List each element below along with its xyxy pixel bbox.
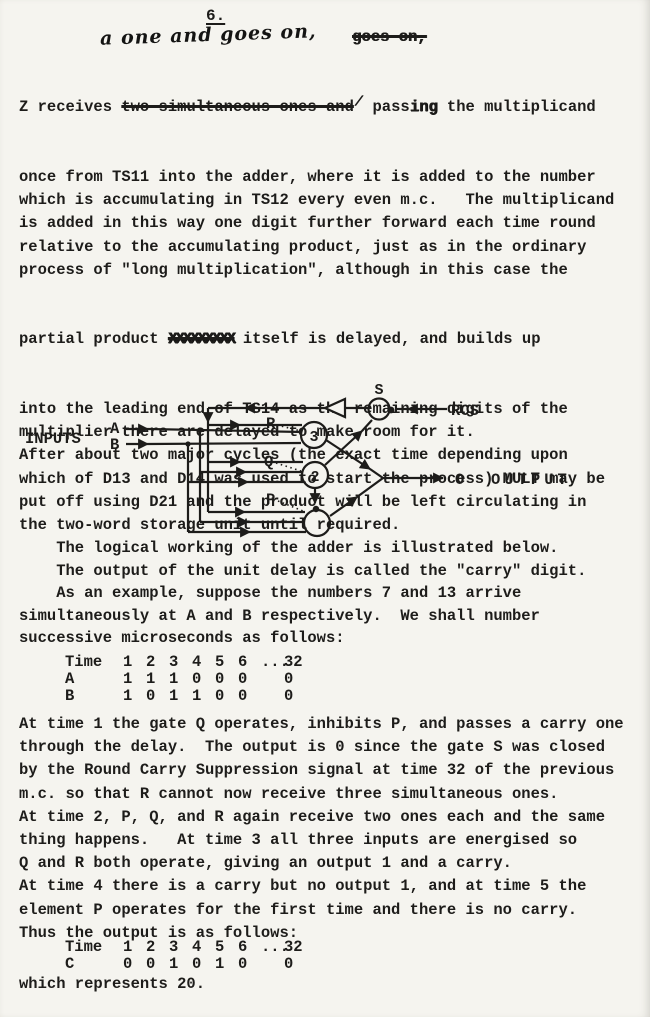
text-line: At time 4 there is a carry but no output… (19, 875, 624, 898)
gate-q-label: Q (264, 453, 273, 471)
gate-2-digit: 2 (310, 469, 319, 486)
cell: 2 (146, 654, 169, 671)
gate-3-digit: 3 (309, 429, 318, 446)
input-b-line (126, 443, 301, 444)
s-rcs-junction-dot (388, 407, 395, 414)
text-line: The output of the unit delay is called t… (19, 560, 586, 582)
page-number: 6. (206, 7, 225, 25)
cell: 0 (192, 956, 215, 973)
table-row: B1011000 (65, 688, 307, 705)
cell: 1 (123, 671, 146, 688)
cell: 6 (238, 939, 261, 956)
text-line: once from TS11 into the adder, where it … (19, 166, 614, 189)
inputs-label: INPUTS (25, 430, 81, 448)
text-line: At time 1 the gate Q operates, inhibits … (19, 713, 624, 736)
gate-p-inputs (188, 512, 306, 532)
cell: 0 (238, 956, 261, 973)
text-line: At time 2, P, Q, and R again receive two… (19, 806, 624, 829)
output-letter: O (455, 471, 464, 489)
typed-over-blotch: XXXXXXXXX (168, 330, 234, 348)
cell (261, 671, 284, 688)
gate-p-circle (304, 510, 330, 536)
row-label: Time (65, 654, 123, 671)
row-label: Time (65, 939, 123, 956)
cell: 1 (169, 956, 192, 973)
line1-mid: pass (363, 98, 410, 116)
cell: 32 (284, 654, 307, 671)
text-line: is added in this way one digit further f… (19, 212, 614, 235)
table-header-row: Time123456...32 (65, 654, 307, 671)
table-row: C0010100 (65, 956, 307, 973)
label-leader-dots (276, 425, 303, 511)
cell: 1 (123, 688, 146, 705)
cell: 0 (215, 688, 238, 705)
text-line: by the Round Carry Suppression signal at… (19, 759, 624, 782)
cell: 1 (146, 671, 169, 688)
cell: 1 (123, 654, 146, 671)
text-line: successive microseconds as follows: (19, 627, 586, 649)
paragraph-1-lines-a: once from TS11 into the adder, where it … (19, 166, 614, 282)
text-line: element P operates for the first time an… (19, 899, 624, 922)
cell (261, 956, 284, 973)
closing-line: which represents 20. (19, 975, 205, 993)
input-truth-table: Time123456...32A1110000B1011000 (65, 654, 307, 705)
cell: 0 (284, 956, 307, 973)
line1-post: the multiplicand (438, 98, 596, 116)
scanned-document-page: 6. a one and goes on, goes on, Z receive… (0, 0, 650, 1017)
text-line: As an example, suppose the numbers 7 and… (19, 582, 586, 604)
cell: 1 (123, 939, 146, 956)
paragraph-2: The output of the unit delay is called t… (19, 560, 586, 649)
text-line: Q and R both operate, giving an output 1… (19, 852, 624, 875)
paragraph-1-line-1: Z receives two simultaneous ones and/ pa… (19, 96, 614, 119)
junction-dots (185, 407, 394, 513)
cell: 1 (169, 688, 192, 705)
table-header-row: Time123456...32 (65, 939, 307, 956)
cell: 1 (215, 956, 238, 973)
gate-r-label: R (266, 415, 276, 433)
gate-2-inputs (188, 462, 303, 482)
input-b-label: B (110, 436, 119, 454)
cell: 2 (146, 939, 169, 956)
text-line: which is accumulating in TS12 every even… (19, 189, 614, 212)
row-label: B (65, 688, 123, 705)
text-line: simultaneously at A and B respectively. … (19, 605, 586, 627)
delay-triangle (325, 399, 345, 417)
output-truth-table: Time123456...32C0010100 (65, 939, 307, 973)
cell: 0 (146, 956, 169, 973)
diagram-lines (126, 399, 447, 537)
line1-overtyped: ing (410, 98, 438, 116)
cell: 0 (284, 688, 307, 705)
line7-post: itself is delayed, and builds up (234, 330, 541, 348)
adder-logic-diagram: INPUTS A B R Q P 3 2 S RCS O OUTPUT (0, 380, 650, 560)
gate-2-to-s-line (325, 420, 372, 465)
cell: 4 (192, 939, 215, 956)
s-element-label: S (374, 382, 383, 399)
text-line: through the delay. The output is 0 since… (19, 736, 624, 759)
gate-p-label: P (266, 491, 275, 509)
cell: ... (261, 654, 284, 671)
input-a-line (126, 429, 302, 432)
cell (261, 688, 284, 705)
cell: 1 (192, 688, 215, 705)
output-label: OUTPUT (491, 471, 571, 489)
cell: 0 (238, 671, 261, 688)
s-element-circle (369, 399, 390, 420)
row-label: A (65, 671, 123, 688)
row-label: C (65, 956, 123, 973)
paragraph-1-line-7: partial product XXXXXXXXX itself is dela… (19, 328, 614, 351)
cell: 3 (169, 939, 192, 956)
table-row: A1110000 (65, 671, 307, 688)
cell: 3 (169, 654, 192, 671)
text-line: relative to the accumulating product, ju… (19, 236, 614, 259)
struck-typed-correction: goes on, (352, 28, 426, 46)
line7-pre: partial product (19, 330, 168, 348)
cell: 0 (146, 688, 169, 705)
cell: ... (261, 939, 284, 956)
line1-strikethrough: two simultaneous ones and (121, 98, 354, 116)
p-inhibit-dot (313, 506, 319, 512)
text-line: process of "long multiplication", althou… (19, 259, 614, 282)
cell: 32 (284, 939, 307, 956)
carry-feedback-line (208, 399, 368, 417)
cell: 0 (215, 671, 238, 688)
cell: 5 (215, 939, 238, 956)
cell: 0 (238, 688, 261, 705)
cell: 6 (238, 654, 261, 671)
cell: 0 (192, 671, 215, 688)
text-line: m.c. so that R cannot now receive three … (19, 783, 624, 806)
rcs-label: RCS (451, 402, 479, 420)
cell: 1 (169, 671, 192, 688)
cell: 0 (284, 671, 307, 688)
cell: 5 (215, 654, 238, 671)
cell: 0 (123, 956, 146, 973)
line1-pre: Z receives (19, 98, 121, 116)
cell: 4 (192, 654, 215, 671)
gate-p-to-output-line (330, 478, 383, 516)
signal-buses (188, 408, 208, 532)
text-line: thing happens. At time 3 all three input… (19, 829, 624, 852)
paragraph-3: At time 1 the gate Q operates, inhibits … (19, 713, 624, 945)
handwritten-insertion: a one and goes on, (100, 20, 317, 50)
gate-3-to-output-line (326, 440, 383, 478)
